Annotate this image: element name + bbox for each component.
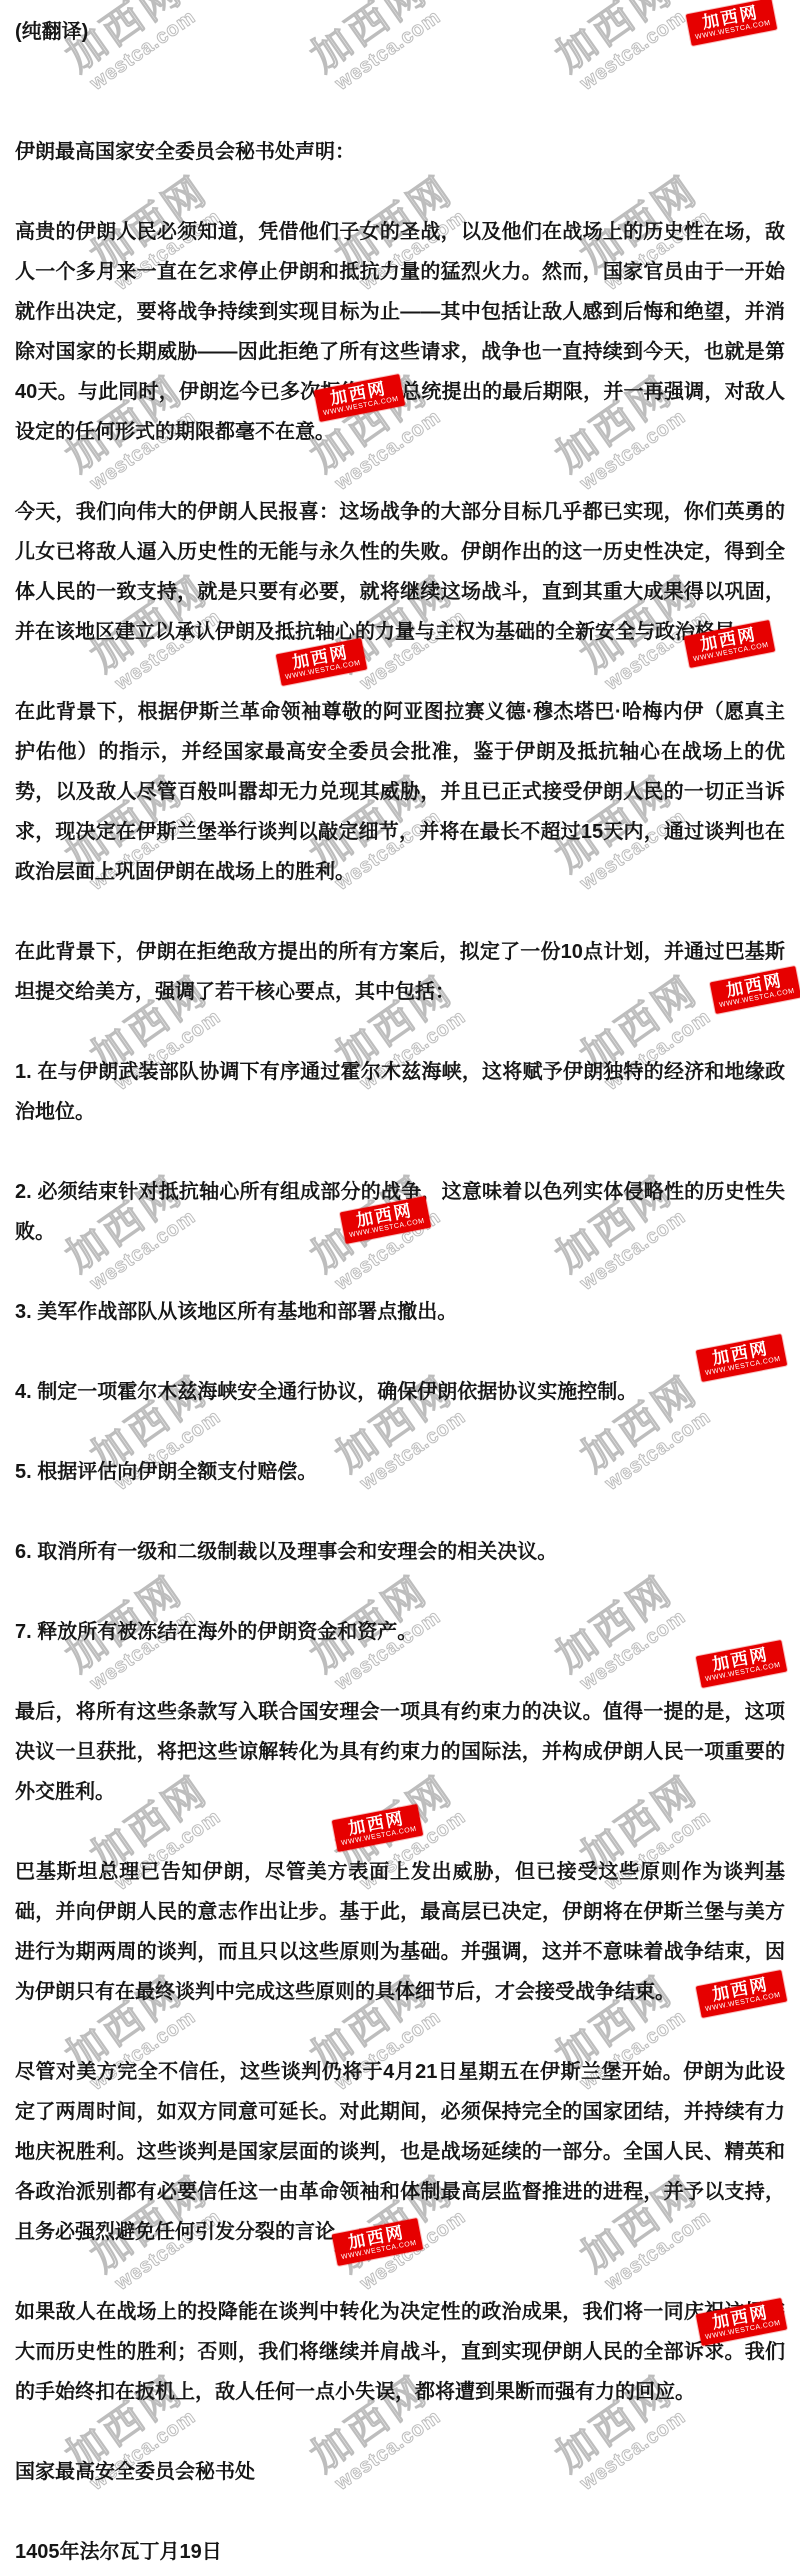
paragraph: 在此背景下，根据伊斯兰革命领袖尊敬的阿亚图拉赛义德·穆杰塔巴·哈梅内伊（愿真主护… (15, 692, 785, 892)
point-item: 5. 根据评估向伊朗全额支付赔偿。 (15, 1452, 785, 1492)
document-title: 伊朗最高国家安全委员会秘书处声明： (15, 132, 785, 172)
signature: 国家最高安全委员会秘书处 (15, 2452, 785, 2492)
point-item: 4. 制定一项霍尔木兹海峡安全通行协议，确保伊朗依据协议实施控制。 (15, 1372, 785, 1412)
point-item: 6. 取消所有一级和二级制裁以及理事会和安理会的相关决议。 (15, 1532, 785, 1572)
point-item: 1. 在与伊朗武装部队协调下有序通过霍尔木兹海峡，这将赋予伊朗独特的经济和地缘政… (15, 1052, 785, 1132)
paragraph: 尽管对美方完全不信任，这些谈判仍将于4月21日星期五在伊斯兰堡开始。伊朗为此设定… (15, 2052, 785, 2252)
paragraph: 如果敌人在战场上的投降能在谈判中转化为决定性的政治成果，我们将一同庆祝这场伟大而… (15, 2292, 785, 2412)
paragraph: 今天，我们向伟大的伊朗人民报喜：这场战争的大部分目标几乎都已实现，你们英勇的儿女… (15, 492, 785, 652)
paragraph: 高贵的伊朗人民必须知道，凭借他们子女的圣战，以及他们在战场上的历史性在场，敌人一… (15, 212, 785, 452)
point-item: 3. 美军作战部队从该地区所有基地和部署点撤出。 (15, 1292, 785, 1332)
translation-note: (纯翻译) (15, 12, 785, 52)
date-line: 1405年法尔瓦丁月19日 (15, 2532, 785, 2572)
document-body: (纯翻译) 伊朗最高国家安全委员会秘书处声明： 高贵的伊朗人民必须知道，凭借他们… (0, 0, 800, 2572)
point-item: 2. 必须结束针对抵抗轴心所有组成部分的战争，这意味着以色列实体侵略性的历史性失… (15, 1172, 785, 1252)
paragraph: 巴基斯坦总理已告知伊朗，尽管美方表面上发出威胁，但已接受这些原则作为谈判基础，并… (15, 1852, 785, 2012)
paragraph: 在此背景下，伊朗在拒绝敌方提出的所有方案后，拟定了一份10点计划，并通过巴基斯坦… (15, 932, 785, 1012)
point-item: 7. 释放所有被冻结在海外的伊朗资金和资产。 (15, 1612, 785, 1652)
paragraph: 最后，将所有这些条款写入联合国安理会一项具有约束力的决议。值得一提的是，这项决议… (15, 1692, 785, 1812)
